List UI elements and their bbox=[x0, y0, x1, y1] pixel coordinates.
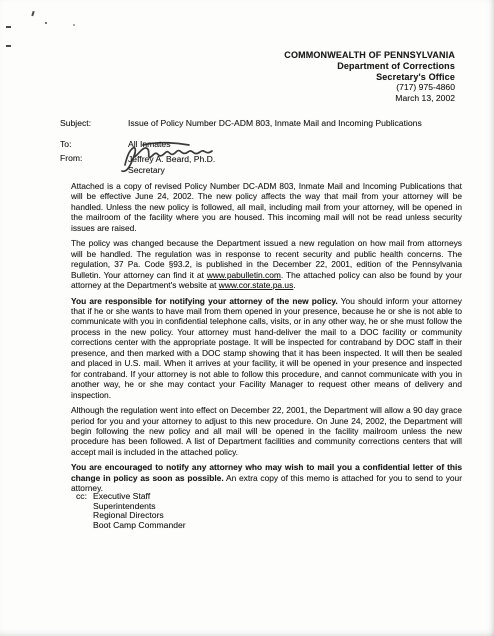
cor-website-url: www.cor.state.pa.us bbox=[219, 280, 293, 290]
subject-row: Subject: Issue of Policy Number DC-ADM 8… bbox=[60, 119, 454, 129]
paragraph-1: Attached is a copy of revised Policy Num… bbox=[71, 181, 462, 233]
letterhead-org: COMMONWEALTH OF PENNSYLVANIA bbox=[284, 50, 455, 61]
scan-artifact bbox=[73, 24, 75, 26]
scan-artifact bbox=[31, 11, 34, 16]
from-row: From: Jeffrey A. Beard, Ph.D. Secretary bbox=[60, 154, 454, 176]
paragraph-2-text: . bbox=[293, 280, 295, 290]
pabulletin-url: www.pabulletin.com bbox=[207, 270, 281, 280]
paragraph-3: You are responsible for notifying your a… bbox=[71, 296, 462, 401]
from-name: Jeffrey A. Beard, Ph.D. bbox=[128, 154, 215, 164]
to-row: To: All Inmates bbox=[60, 140, 454, 150]
paragraph-1-text: Attached is a copy of revised Policy Num… bbox=[71, 181, 462, 233]
cc-items: Executive Staff Superintendents Regional… bbox=[93, 492, 186, 530]
from-value: Jeffrey A. Beard, Ph.D. Secretary bbox=[128, 154, 215, 176]
memo-page: COMMONWEALTH OF PENNSYLVANIA Department … bbox=[0, 0, 494, 636]
cc-label: cc: bbox=[76, 492, 93, 530]
paragraph-3-bold: You are responsible for notifying your a… bbox=[71, 296, 338, 306]
paragraph-4: Although the regulation went into effect… bbox=[71, 405, 462, 457]
scan-artifact bbox=[6, 26, 11, 28]
scan-artifact bbox=[6, 45, 11, 47]
letterhead-phone: (717) 975-4860 bbox=[284, 82, 455, 93]
scan-artifact bbox=[45, 22, 47, 24]
subject-value: Issue of Policy Number DC-ADM 803, Inmat… bbox=[128, 119, 422, 129]
from-label: From: bbox=[60, 154, 128, 164]
letterhead-department: Department of Corrections bbox=[284, 61, 455, 72]
memo-body: Attached is a copy of revised Policy Num… bbox=[71, 181, 462, 499]
letterhead-office: Secretary's Office bbox=[284, 72, 455, 83]
paragraph-5: You are encouraged to notify any attorne… bbox=[71, 462, 462, 493]
to-value: All Inmates bbox=[128, 140, 171, 150]
letterhead: COMMONWEALTH OF PENNSYLVANIA Department … bbox=[284, 50, 455, 104]
to-label: To: bbox=[60, 140, 128, 150]
from-title: Secretary bbox=[128, 165, 165, 175]
cc-item: Boot Camp Commander bbox=[93, 521, 186, 531]
paragraph-3-text: You should inform your attorney that if … bbox=[71, 296, 462, 400]
paragraph-2: The policy was changed because the Depar… bbox=[71, 238, 462, 290]
memo-meta: Subject: Issue of Policy Number DC-ADM 8… bbox=[60, 119, 454, 176]
cc-block: cc: Executive Staff Superintendents Regi… bbox=[76, 492, 186, 530]
paragraph-4-text: Although the regulation went into effect… bbox=[71, 405, 462, 457]
letterhead-date: March 13, 2002 bbox=[284, 93, 455, 104]
subject-label: Subject: bbox=[60, 119, 128, 129]
